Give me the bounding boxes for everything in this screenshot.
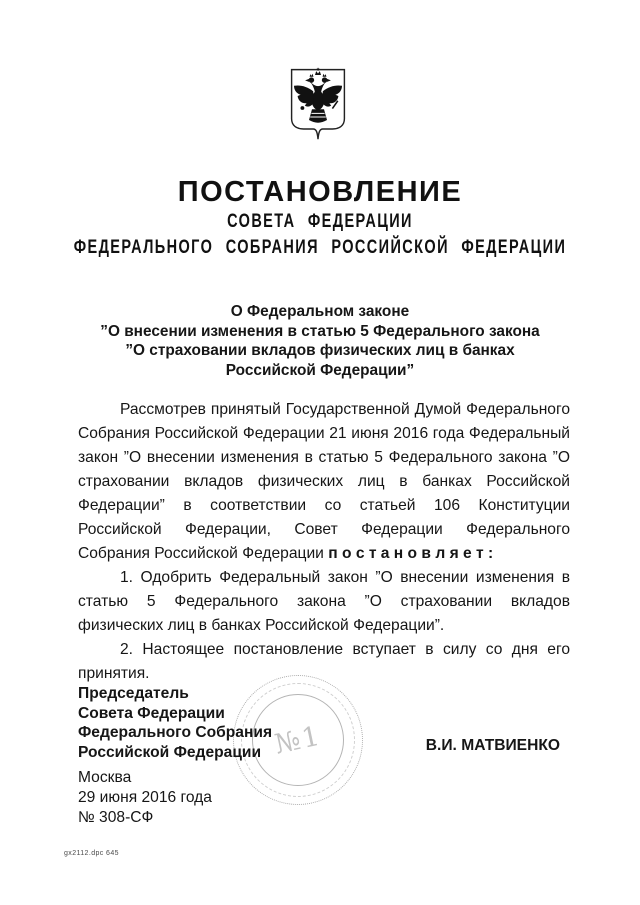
preamble-text: Рассмотрев принятый Государственной Думо… [78,401,570,562]
document-body: Рассмотрев принятый Государственной Думо… [78,398,570,686]
signatory-title-line: Российской Федерации [78,743,272,763]
subject-line: ”О страховании вкладов физических лиц в … [70,341,570,361]
issuance-number: № 308-СФ [78,808,212,828]
org-name-line-2: ФЕДЕРАЛЬНОГО СОБРАНИЯ РОССИЙСКОЙ ФЕДЕРАЦ… [0,236,640,254]
signatory-name: В.И. МАТВИЕНКО [353,737,560,755]
file-reference: gx2112.dpc 645 [64,850,119,857]
subject-heading: О Федеральном законе ”О внесении изменен… [70,302,570,380]
issuance-block: Москва 29 июня 2016 года № 308-СФ [78,768,212,828]
signatory-title: Председатель Совета Федерации Федерально… [78,684,272,762]
resolution-document-page: ПОСТАНОВЛЕНИЕ СОВЕТА ФЕДЕРАЦИИ ФЕДЕРАЛЬН… [0,0,640,905]
issuance-date: 29 июня 2016 года [78,788,212,808]
double-headed-eagle-icon [282,62,354,154]
signatory-title-line: Председатель [78,684,272,704]
coat-of-arms [282,62,354,154]
document-title: ПОСТАНОВЛЕНИЕ [0,176,640,209]
subject-line: Российской Федерации” [70,361,570,381]
org-name-line-1: СОВЕТА ФЕДЕРАЦИИ [0,210,640,228]
signatory-title-line: Федерального Собрания [78,723,272,743]
preamble-paragraph: Рассмотрев принятый Государственной Думо… [78,398,570,566]
signatory-title-line: Совета Федерации [78,704,272,724]
subject-line: О Федеральном законе [70,302,570,322]
subject-line: ”О внесении изменения в статью 5 Федерал… [70,322,570,342]
resolve-word: п о с т а н о в л я е т : [328,545,493,562]
issuance-city: Москва [78,768,212,788]
resolution-item-1: 1. Одобрить Федеральный закон ”О внесени… [78,566,570,638]
